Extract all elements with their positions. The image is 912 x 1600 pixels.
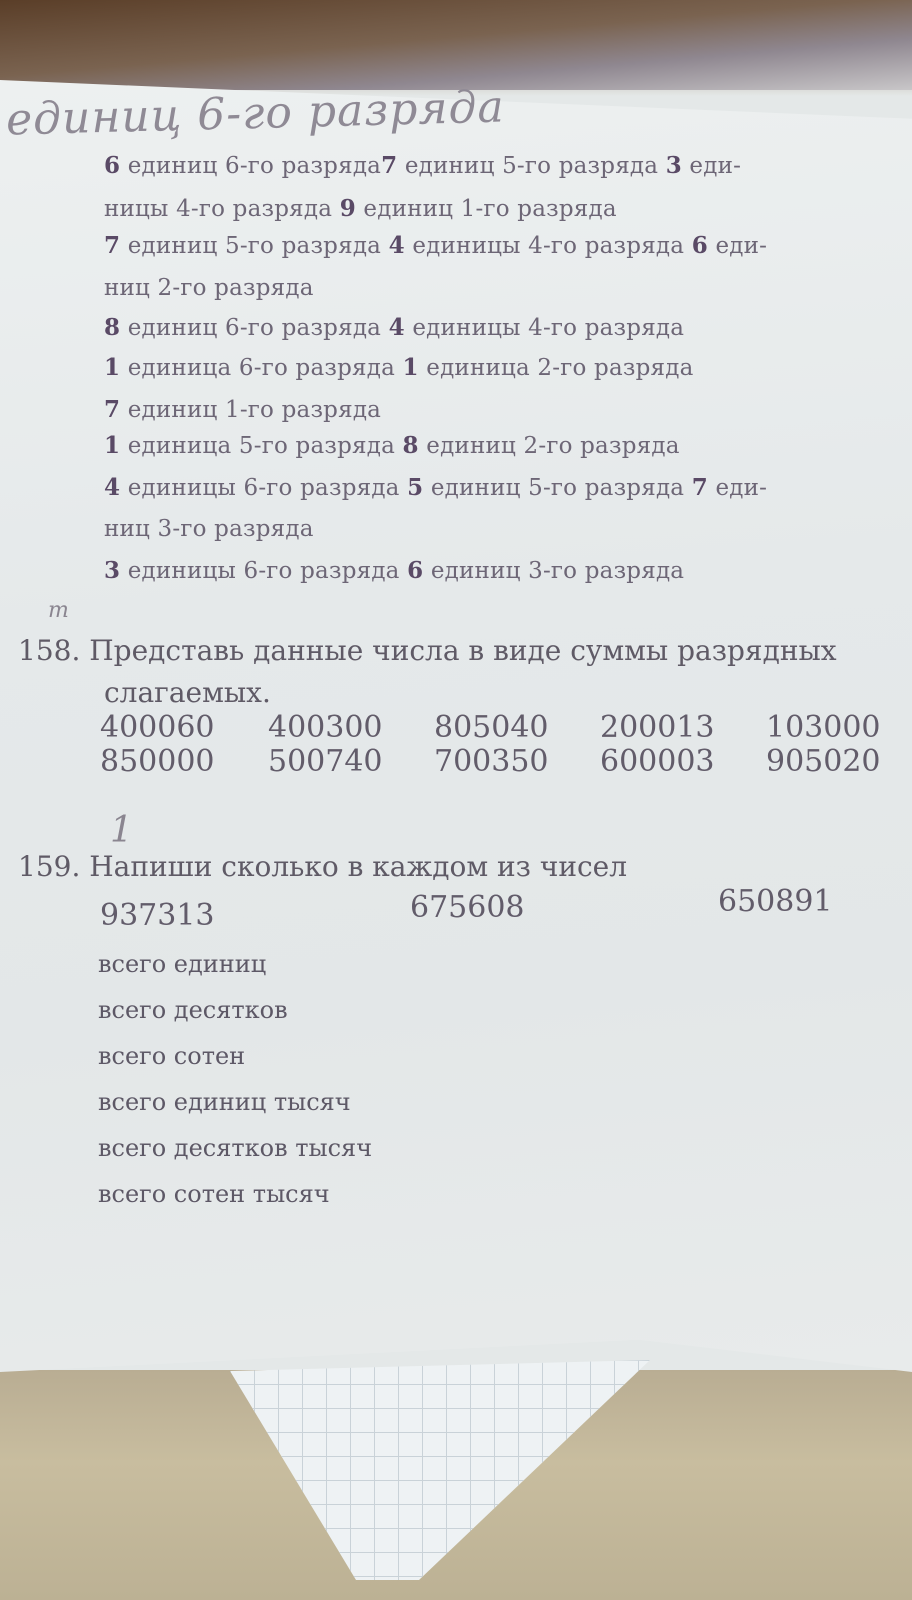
number-item: 905020 [766,744,881,779]
number-item: 850000 [100,744,215,779]
number-item: 103000 [766,710,881,745]
background-shadow [0,0,912,90]
task-157-line: ницы 4-го разряда 9 единиц 1-го разряда [104,195,617,222]
count-label: всего сотен тысяч [98,1180,330,1208]
task-157-line: 4 единицы 6-го разряда 5 единиц 5-го раз… [104,474,767,501]
task-157-line: 3 единицы 6-го разряда 6 единиц 3-го раз… [104,557,684,584]
handwritten-mark: т [48,598,69,623]
task-157-line: 6 единиц 6-го разряда7 единиц 5-го разря… [104,152,741,179]
task-158-title-cont: слагаемых. [104,676,271,709]
task-157-line: ниц 2-го разряда [104,275,314,301]
task-157-line: 8 единиц 6-го разряда 4 единицы 4-го раз… [104,314,684,341]
task-158-title: 158. Представь данные числа в виде суммы… [18,634,837,667]
task-159-title: 159. Напиши сколько в каждом из чисел [18,850,627,883]
count-label: всего единиц [98,950,266,978]
count-label: всего десятков тысяч [98,1134,372,1162]
number-item: 937313 [100,898,215,933]
number-item: 650891 [718,884,833,919]
number-item: 400300 [268,710,383,745]
number-item: 200013 [600,710,715,745]
count-label: всего единиц тысяч [98,1088,351,1116]
count-label: всего сотен [98,1042,245,1070]
task-157-line: ниц 3-го разряда [104,516,314,542]
task-157-line: 1 единица 6-го разряда 1 единица 2-го ра… [104,354,694,381]
number-item: 675608 [410,890,525,925]
number-item: 805040 [434,710,549,745]
task-157-line: 7 единиц 5-го разряда 4 единицы 4-го раз… [104,232,767,259]
handwritten-mark: 1 [110,810,133,851]
count-label: всего десятков [98,996,288,1024]
task-157-line: 7 единиц 1-го разряда [104,396,381,423]
number-item: 700350 [434,744,549,779]
task-157-line: 1 единица 5-го разряда 8 единиц 2-го раз… [104,432,680,459]
number-item: 400060 [100,710,215,745]
number-item: 600003 [600,744,715,779]
number-item: 500740 [268,744,383,779]
